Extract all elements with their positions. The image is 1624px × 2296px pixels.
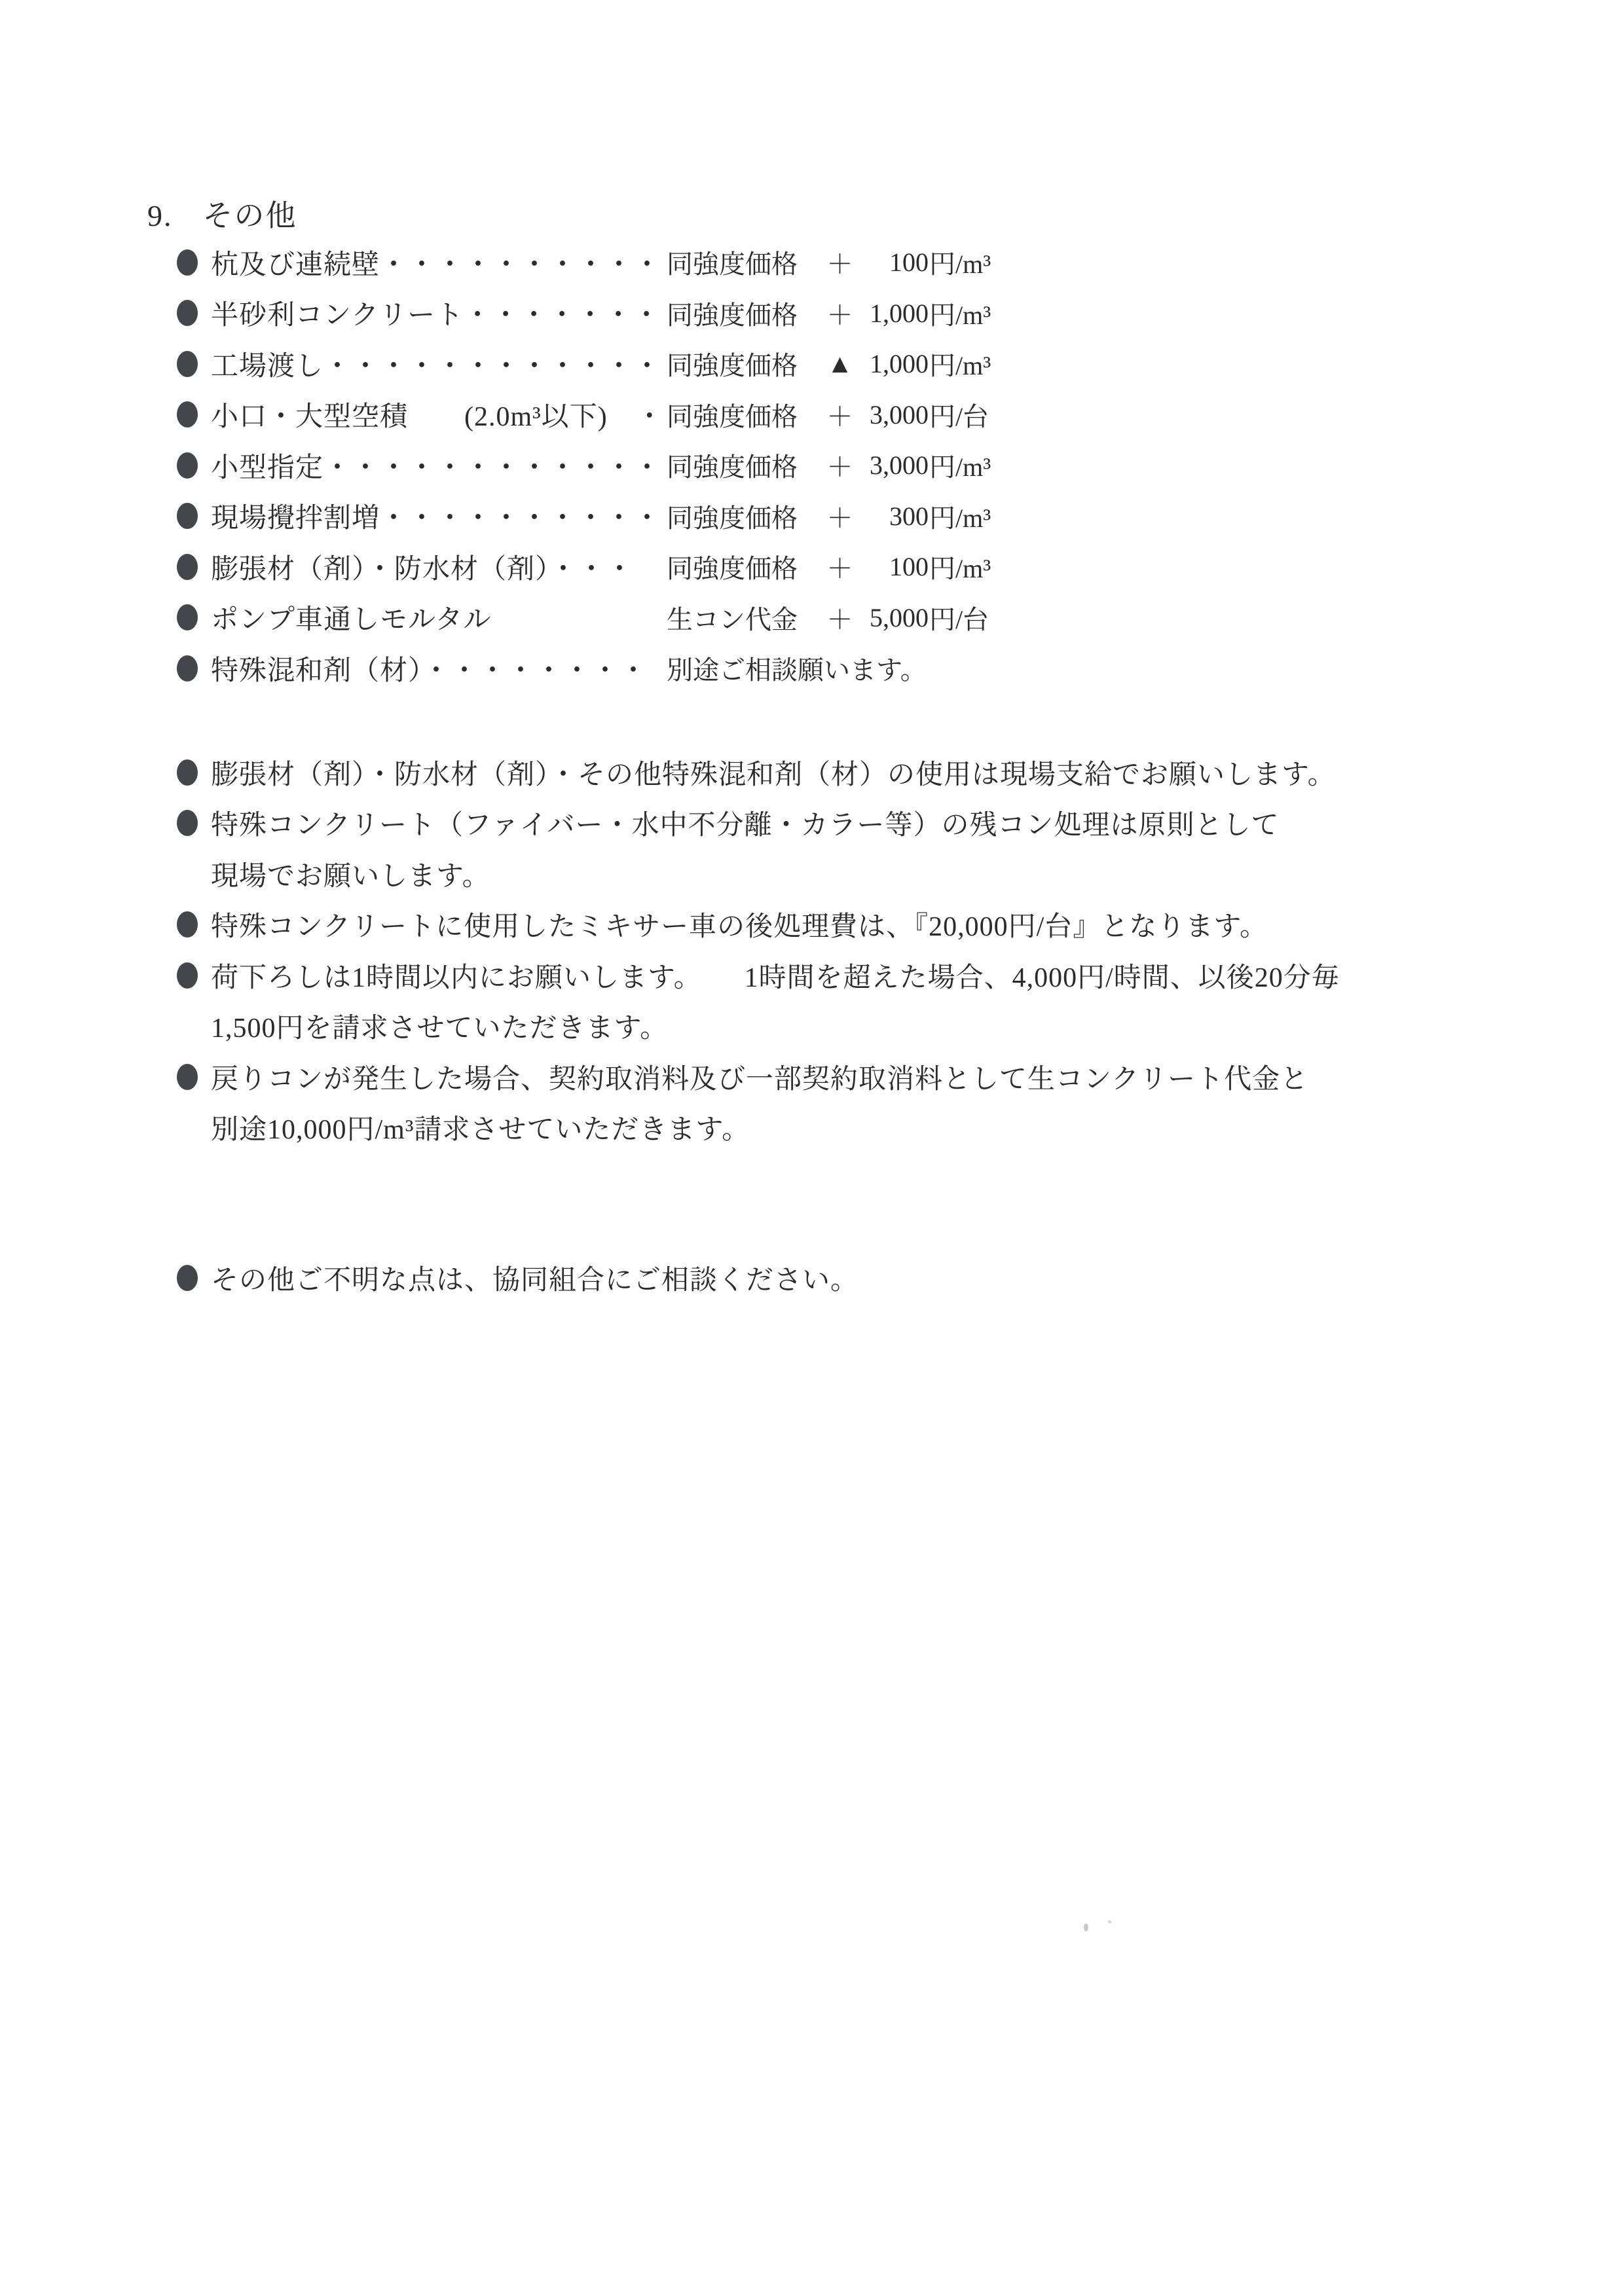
item-label: 半砂利コンクリート bbox=[211, 301, 464, 331]
bullet-icon bbox=[177, 655, 198, 682]
note-text: 特殊コンクリートに使用したミキサー車の後処理費は、『20,000円/台』となりま… bbox=[211, 905, 1268, 944]
item-label-cell: 現場攪拌割増・・・・・・・・・・ bbox=[211, 496, 667, 536]
price-unit: 円/台 bbox=[929, 599, 989, 636]
price-unit: 円/台 bbox=[929, 396, 989, 433]
bullet-icon bbox=[177, 401, 198, 428]
price-sign: ▲ bbox=[812, 348, 868, 379]
bullet-icon bbox=[177, 911, 198, 938]
bullet-icon bbox=[177, 1064, 198, 1090]
bullet-icon bbox=[177, 604, 198, 630]
item-label-cell: 特殊混和剤（材）・・・・・・・・ bbox=[211, 649, 667, 688]
item-label-cell: 小型指定・・・・・・・・・・・・ bbox=[211, 446, 667, 485]
note-row: 膨張材（剤）・防水材（剤）・その他特殊混和剤（材）の使用は現場支給でお願いします… bbox=[177, 747, 1486, 798]
note-row: 特殊コンクリートに使用したミキサー車の後処理費は、『20,000円/台』となりま… bbox=[177, 900, 1486, 951]
item-label-cell: ポンプ車通しモルタル bbox=[211, 598, 667, 637]
price-unit: 円/m³ bbox=[929, 548, 991, 585]
price-row: 工場渡し・・・・・・・・・・・・ 同強度価格 ▲ 1,000 円/m³ bbox=[177, 338, 1094, 390]
section-title: その他 bbox=[203, 199, 297, 232]
price-amount: 100 bbox=[868, 247, 929, 278]
footer-note: その他ご不明な点は、協同組合にご相談ください。 bbox=[177, 1252, 858, 1303]
note-text: 戻りコンが発生した場合、契約取消料及び一部契約取消料として生コンクリート代金と bbox=[211, 1057, 1308, 1097]
note-text: 膨張材（剤）・防水材（剤）・その他特殊混和剤（材）の使用は現場支給でお願いします… bbox=[211, 753, 1336, 792]
bullet-icon bbox=[177, 1265, 198, 1291]
price-basis-label: 別途ご相談願います。 bbox=[667, 649, 812, 687]
price-row: 膨張材（剤）・防水材（剤）・・・ 同強度価格 ＋ 100 円/m³ bbox=[177, 541, 1094, 592]
bullet-icon bbox=[177, 300, 198, 326]
bullet-icon bbox=[177, 249, 198, 276]
dot-leaders: ・・・・・・・・・・・・ bbox=[323, 453, 661, 483]
note-text: 特殊コンクリート（ファイバー・水中不分離・カラー等）の残コン処理は原則として bbox=[211, 803, 1279, 843]
dot-leaders: ・・・・・・・・・・ bbox=[380, 250, 661, 280]
bullet-icon bbox=[177, 962, 198, 989]
notes-list: 膨張材（剤）・防水材（剤）・その他特殊混和剤（材）の使用は現場支給でお願いします… bbox=[177, 747, 1486, 1153]
note-row: 別途10,000円/m³請求させていただきます。 bbox=[177, 1102, 1486, 1154]
item-label-cell: 小口・大型空積 (2.0m³以下) ・ bbox=[211, 395, 667, 434]
price-amount: 300 bbox=[868, 501, 929, 532]
item-label: ポンプ車通しモルタル bbox=[211, 605, 491, 635]
price-sign: ＋ bbox=[812, 599, 868, 636]
price-basis-label: 同強度価格 bbox=[667, 244, 812, 281]
bullet-icon bbox=[177, 351, 198, 377]
price-row: 現場攪拌割増・・・・・・・・・・ 同強度価格 ＋ 300 円/m³ bbox=[177, 491, 1094, 542]
price-basis-label: 同強度価格 bbox=[667, 295, 812, 332]
item-label: 杭及び連続壁 bbox=[211, 250, 380, 280]
dot-leaders: ・・・・・・・・・・・・ bbox=[323, 352, 661, 382]
scan-speck bbox=[1084, 1923, 1088, 1931]
item-label-cell: 工場渡し・・・・・・・・・・・・ bbox=[211, 344, 667, 384]
document-page: 9.その他 杭及び連続壁・・・・・・・・・・ 同強度価格 ＋ 100 円/m³ … bbox=[0, 0, 1624, 2296]
note-row: 特殊コンクリート（ファイバー・水中不分離・カラー等）の残コン処理は原則として bbox=[177, 798, 1486, 849]
item-label-cell: 杭及び連続壁・・・・・・・・・・ bbox=[211, 243, 667, 282]
dot-leaders: ・・・・・・・・ bbox=[422, 656, 648, 686]
price-amount: 100 bbox=[868, 551, 929, 582]
item-label-cell: 半砂利コンクリート・・・・・・・ bbox=[211, 293, 667, 333]
note-text: 現場でお願いします。 bbox=[211, 854, 490, 894]
bullet-icon bbox=[177, 759, 198, 786]
price-unit: 円/m³ bbox=[929, 244, 991, 281]
price-basis-label: 同強度価格 bbox=[667, 548, 812, 585]
note-text: 別途10,000円/m³請求させていただきます。 bbox=[211, 1108, 750, 1147]
dot-leaders: ・・・・・・・・・・ bbox=[380, 503, 661, 534]
price-basis-label: 同強度価格 bbox=[667, 345, 812, 382]
price-sign: ＋ bbox=[812, 396, 868, 433]
price-amount: 5,000 bbox=[868, 602, 929, 633]
price-unit: 円/m³ bbox=[929, 498, 991, 535]
bullet-icon bbox=[177, 452, 198, 479]
item-label: 小口・大型空積 (2.0m³以下) bbox=[211, 402, 608, 432]
footer-note-text: その他ご不明な点は、協同組合にご相談ください。 bbox=[211, 1258, 858, 1298]
bullet-icon bbox=[177, 503, 198, 529]
section-number: 9. bbox=[147, 198, 173, 233]
price-unit: 円/m³ bbox=[929, 446, 991, 484]
price-sign: ＋ bbox=[812, 295, 868, 332]
scan-speck bbox=[1108, 1920, 1111, 1923]
price-row: 小型指定・・・・・・・・・・・・ 同強度価格 ＋ 3,000 円/m³ bbox=[177, 440, 1094, 491]
price-row: 半砂利コンクリート・・・・・・・ 同強度価格 ＋ 1,000 円/m³ bbox=[177, 288, 1094, 339]
dot-leaders: ・ bbox=[608, 402, 664, 432]
price-row: 小口・大型空積 (2.0m³以下) ・ 同強度価格 ＋ 3,000 円/台 bbox=[177, 390, 1094, 441]
item-label: 現場攪拌割増 bbox=[211, 503, 380, 534]
price-amount: 1,000 bbox=[868, 298, 929, 329]
section-heading: 9.その他 bbox=[147, 192, 297, 235]
note-text: 1,500円を請求させていただきます。 bbox=[211, 1006, 668, 1046]
item-label: 特殊混和剤（材） bbox=[211, 656, 422, 686]
price-sign: ＋ bbox=[812, 498, 868, 535]
price-list: 杭及び連続壁・・・・・・・・・・ 同強度価格 ＋ 100 円/m³ 半砂利コンク… bbox=[177, 237, 1094, 694]
note-text: 荷下ろしは1時間以内にお願いします。 1時間を超えた場合、4,000円/時間、以… bbox=[211, 956, 1340, 995]
price-sign: ＋ bbox=[812, 548, 868, 585]
price-basis-label: 生コン代金 bbox=[667, 599, 812, 636]
price-unit: 円/m³ bbox=[929, 295, 991, 332]
price-basis-label: 同強度価格 bbox=[667, 446, 812, 484]
item-label: 工場渡し bbox=[211, 352, 323, 382]
dot-leaders: ・・・・・・・ bbox=[464, 301, 661, 331]
bullet-icon bbox=[177, 554, 198, 580]
price-amount: 1,000 bbox=[868, 348, 929, 379]
bullet-icon bbox=[177, 810, 198, 836]
price-sign: ＋ bbox=[812, 446, 868, 484]
note-row: 戻りコンが発生した場合、契約取消料及び一部契約取消料として生コンクリート代金と bbox=[177, 1051, 1486, 1102]
price-unit: 円/m³ bbox=[929, 345, 991, 382]
price-row: 杭及び連続壁・・・・・・・・・・ 同強度価格 ＋ 100 円/m³ bbox=[177, 237, 1094, 288]
price-amount: 3,000 bbox=[868, 399, 929, 430]
note-row: 1,500円を請求させていただきます。 bbox=[177, 1001, 1486, 1052]
item-label-cell: 膨張材（剤）・防水材（剤）・・・ bbox=[211, 547, 667, 587]
price-sign: ＋ bbox=[812, 244, 868, 281]
dot-leaders: ・・・ bbox=[549, 555, 634, 585]
note-row: 現場でお願いします。 bbox=[177, 848, 1486, 900]
item-label: 膨張材（剤）・防水材（剤） bbox=[211, 555, 549, 585]
price-row: ポンプ車通しモルタル 生コン代金 ＋ 5,000 円/台 bbox=[177, 592, 1094, 644]
price-basis-label: 同強度価格 bbox=[667, 396, 812, 433]
price-basis-label: 同強度価格 bbox=[667, 498, 812, 535]
item-label: 小型指定 bbox=[211, 453, 323, 483]
price-amount: 3,000 bbox=[868, 450, 929, 481]
note-row: 荷下ろしは1時間以内にお願いします。 1時間を超えた場合、4,000円/時間、以… bbox=[177, 950, 1486, 1001]
price-row: 特殊混和剤（材）・・・・・・・・ 別途ご相談願います。 bbox=[177, 643, 1094, 694]
